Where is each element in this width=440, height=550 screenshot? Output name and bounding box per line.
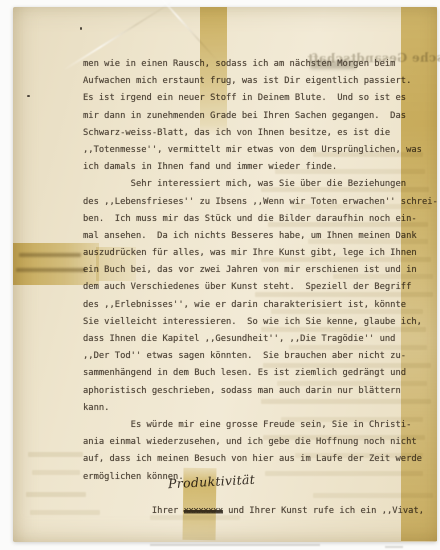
tape-mirrored-text-fragment	[16, 268, 86, 272]
letter-line: des ,,Erlebnisses'', wie er darin charak…	[83, 297, 437, 314]
letter-line: Aufwachen mich erstaunt frug, was ist Di…	[83, 73, 437, 90]
letter-line: Sie vielleicht interessieren. So wie ich…	[83, 314, 437, 331]
letter-line: ania einmal wiederzusehen, und ich gebe …	[83, 434, 437, 451]
letter-body: men wie in einen Rausch, sodass ich am n…	[83, 56, 437, 503]
letter-line: des ,,Lebensfrieses'' zu Ibsens ,,Wenn w…	[83, 194, 437, 211]
letter-line: kann.	[83, 400, 437, 417]
ink-speck	[80, 27, 82, 30]
scan-artifact	[385, 546, 403, 548]
typed-lines: men wie in einen Rausch, sodass ich am n…	[83, 56, 437, 486]
letter-line: dass Ihnen die Kapitel ,,Gesundheit'', ,…	[83, 331, 437, 348]
letter-line: ein Buch bei, das vor zwei Jahren von mi…	[83, 262, 437, 279]
letter-line: Es ist irgend ein neuer Stoff in Deinem …	[83, 90, 437, 107]
letter-line: ,,Totenmesse'', vermittelt mir etwas von…	[83, 142, 437, 159]
closing-suffix: und Ihrer Kunst rufe ich ein ,,Vivat,	[223, 506, 424, 516]
scan-background: { "document": { "kind": "typewritten-let…	[0, 0, 440, 550]
letter-line: men wie in einen Rausch, sodass ich am n…	[83, 56, 437, 73]
letter-line: dem auch Verschiedenes über Kunst steht.…	[83, 279, 437, 296]
letter-line: auf, dass ich meinen Besuch von hier aus…	[83, 451, 437, 468]
closing-line: Ihrer xxxxxxxx und Ihrer Kunst rufe ich …	[83, 486, 437, 503]
tape-patch-left	[13, 243, 99, 285]
closing-prefix: Ihrer	[104, 506, 183, 516]
letter-line: mir dann in zunehmenden Grade bei Ihren …	[83, 108, 437, 125]
letter-line: auszudrücken für alles, was mir Ihre Kun…	[83, 245, 437, 262]
letter-line: Schwarz-weiss-Blatt, das ich von Ihnen b…	[83, 125, 437, 142]
letter-line: ermöglichen können.	[83, 469, 437, 486]
letter-line: mal ansehen. Da ich nichts Besseres habe…	[83, 228, 437, 245]
tape-patch-left-faded	[96, 247, 136, 281]
tape-strip-bottom	[182, 468, 216, 540]
ink-speck	[27, 95, 30, 97]
letter-line: ich damals in Ihnen fand und immer wiede…	[83, 159, 437, 176]
letter-line: Sehr interessiert mich, was Sie über die…	[83, 176, 437, 193]
letter-line: Es würde mir eine grosse Freude sein, Si…	[83, 417, 437, 434]
letter-line: sammenhängend in dem Buch lesen. Es ist …	[83, 365, 437, 382]
letter-line: ben. Ich muss mir das Stück und die Bild…	[83, 211, 437, 228]
scan-artifact	[150, 544, 320, 546]
tape-mirrored-text-fragment	[19, 253, 81, 257]
letter-line: ,,Der Tod'' etwas sagen könnten. Sie bra…	[83, 348, 437, 365]
bleedthrough-line	[26, 492, 86, 497]
bleedthrough-line	[28, 452, 83, 457]
bleedthrough-line	[32, 470, 80, 475]
letter-line: aphoristisch geschrieben, sodass man auc…	[83, 383, 437, 400]
tape-strip-right	[401, 7, 437, 541]
tape-strip-top	[200, 7, 227, 135]
